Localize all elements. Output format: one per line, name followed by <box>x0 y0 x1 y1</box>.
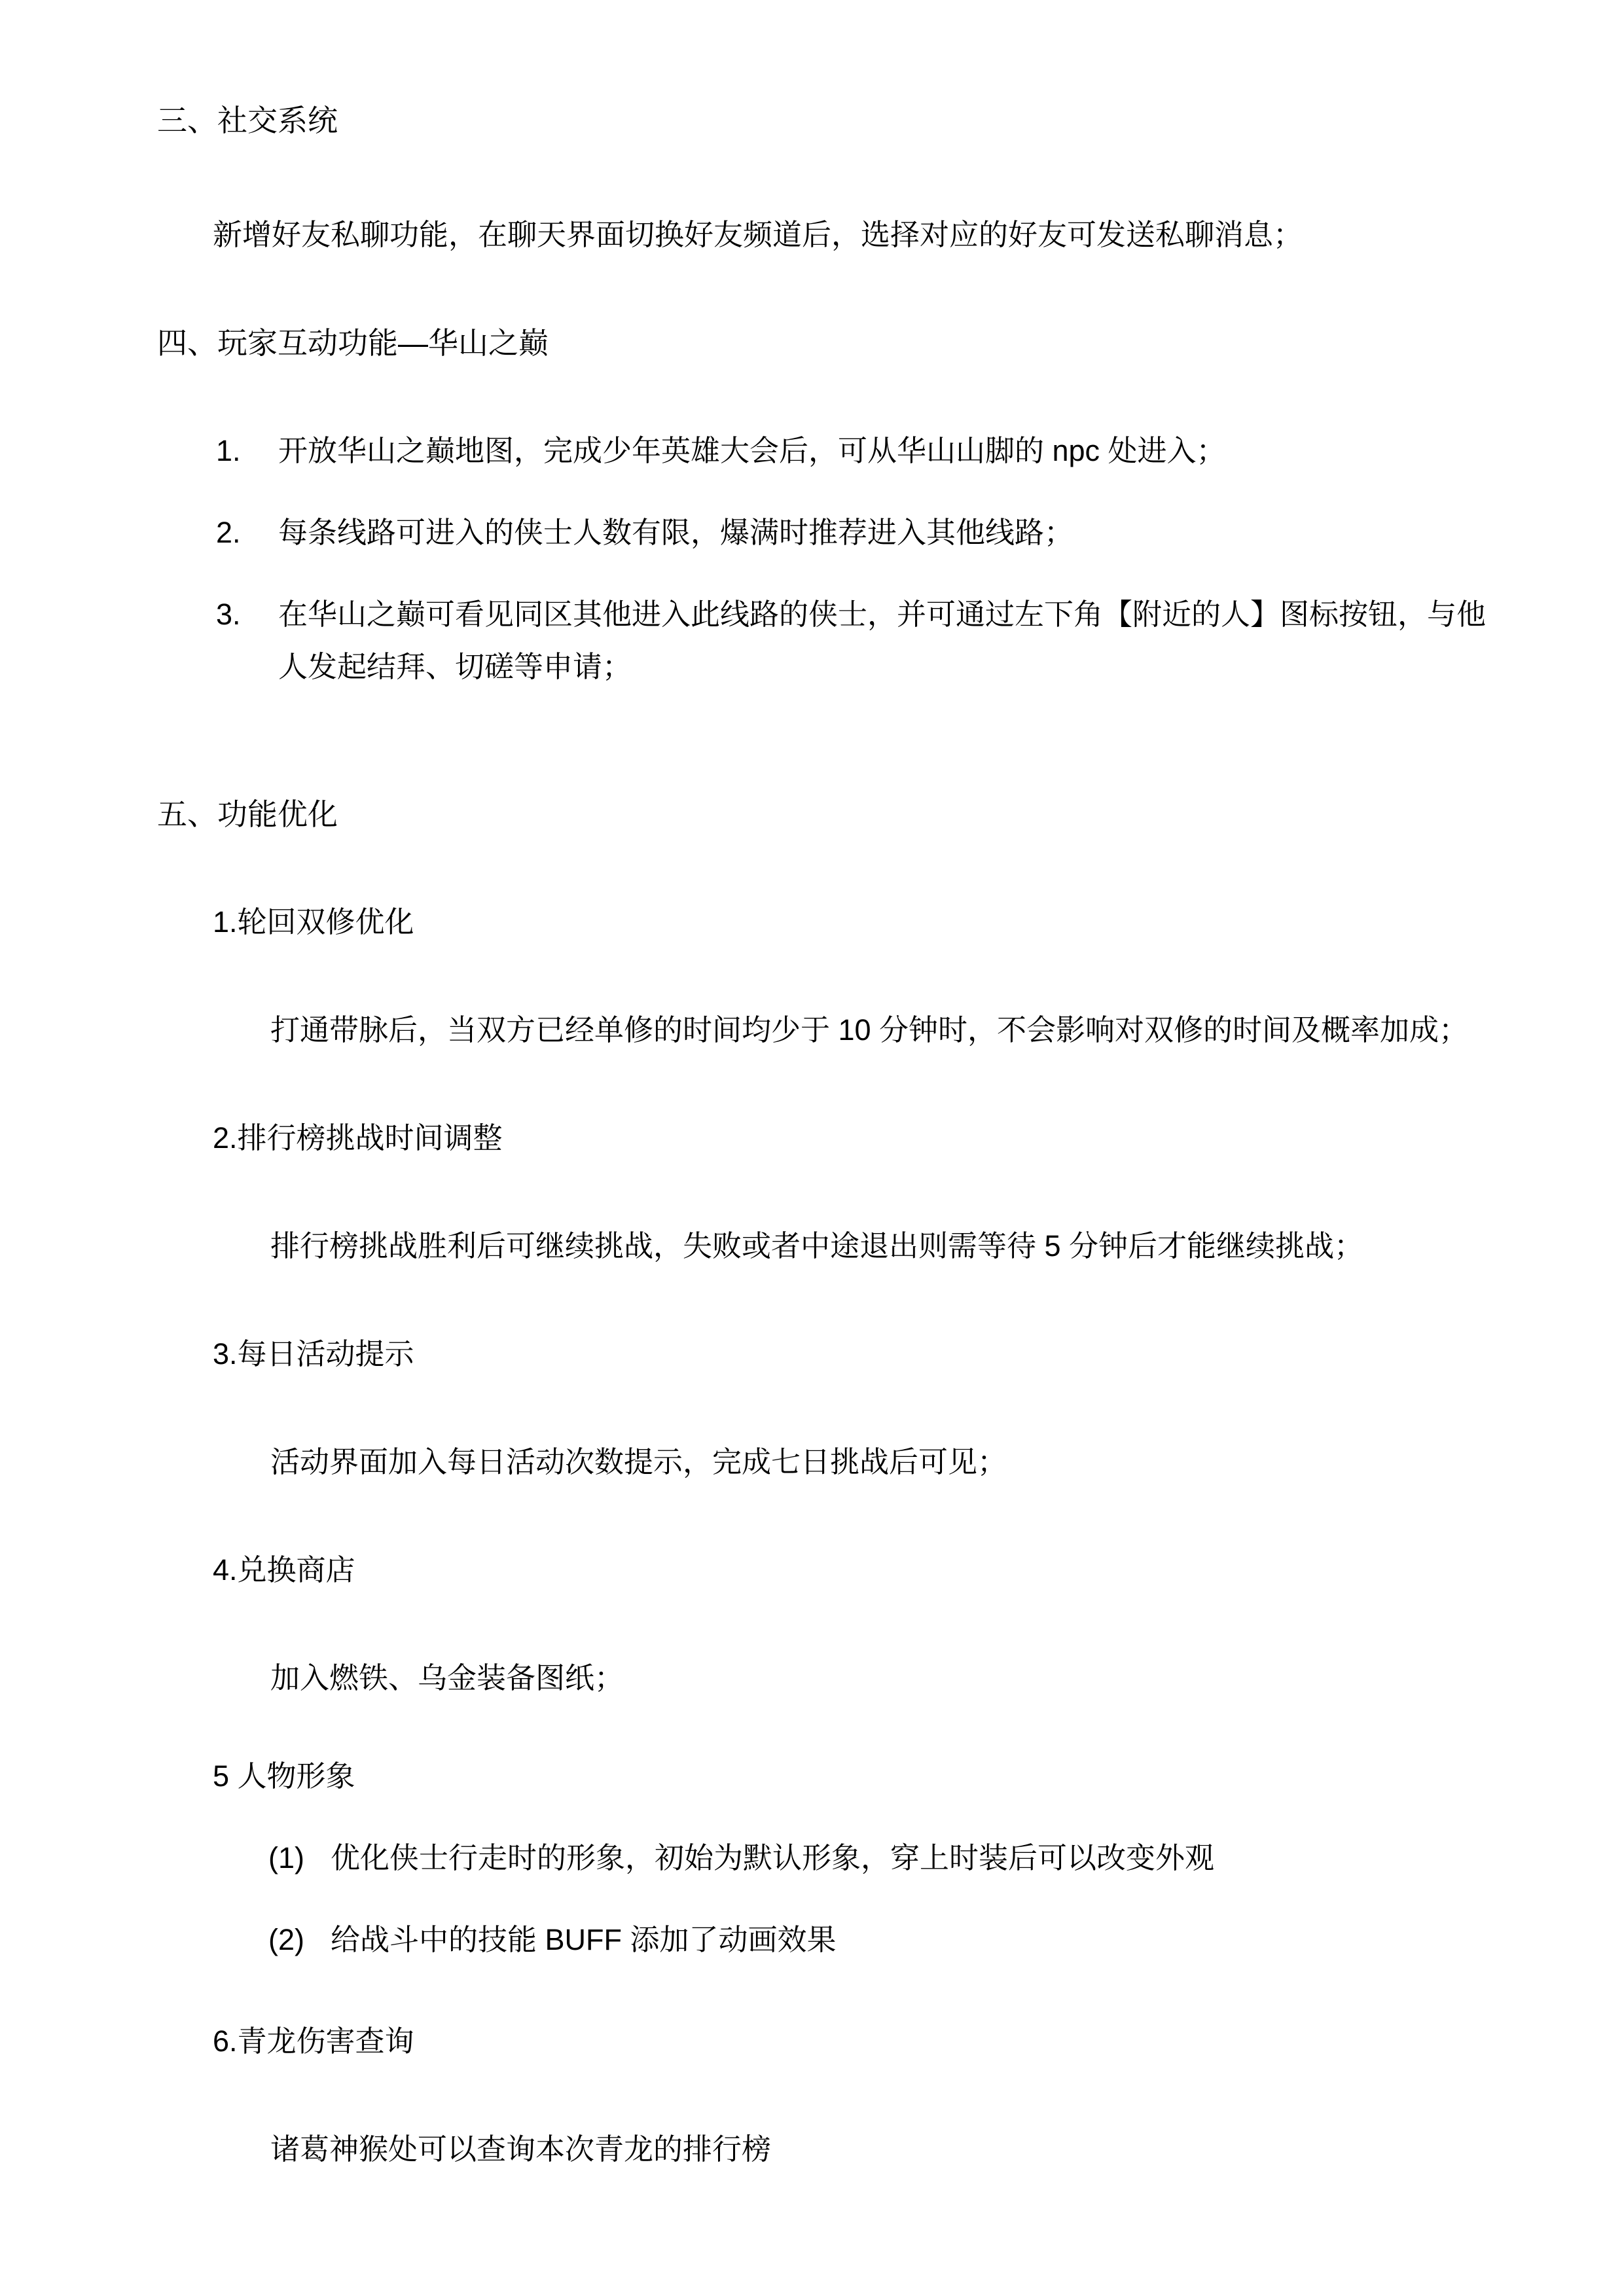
section-heading-social: 三、社交系统 <box>157 94 1466 147</box>
sub-list-item: (1) 优化侠士行走时的形象，初始为默认形象，穿上时装后可以改变外观 <box>268 1832 1499 1884</box>
subsection-heading-daily-activity: 3.每日活动提示 <box>213 1328 1456 1380</box>
paragraph-daily-activity: 活动界面加入每日活动次数提示，完成七日挑战后可见； <box>270 1436 1488 1488</box>
list-item-number: 3. <box>216 588 278 641</box>
list-item: 3. 在华山之巅可看见同区其他进入此线路的侠士，并可通过左下角【附近的人】图标按… <box>216 588 1496 693</box>
list-item-text: 在华山之巅可看见同区其他进入此线路的侠士，并可通过左下角【附近的人】图标按钮，与… <box>278 588 1496 693</box>
sub-list-item-number: (2) <box>268 1914 331 1966</box>
sub-list-item-text: 优化侠士行走时的形象，初始为默认形象，穿上时装后可以改变外观 <box>331 1832 1499 1884</box>
list-item-number: 1. <box>216 425 278 477</box>
sub-list-item-text: 给战斗中的技能 BUFF 添加了动画效果 <box>331 1914 1499 1966</box>
section-heading-optimization: 五、功能优化 <box>157 788 1466 840</box>
paragraph-social: 新增好友私聊功能，在聊天界面切换好友频道后，选择对应的好友可发送私聊消息； <box>213 209 1456 261</box>
paragraph-exchange-shop: 加入燃铁、乌金装备图纸； <box>270 1652 1488 1704</box>
section-heading-interaction: 四、玩家互动功能—华山之巅 <box>157 317 1466 369</box>
sub-list-item: (2) 给战斗中的技能 BUFF 添加了动画效果 <box>268 1914 1499 1966</box>
list-item-text: 开放华山之巅地图，完成少年英雄大会后，可从华山山脚的 npc 处进入； <box>278 425 1499 477</box>
list-item: 2. 每条线路可进入的侠士人数有限，爆满时推荐进入其他线路； <box>216 507 1499 559</box>
paragraph-qinglong-damage: 诸葛神猴处可以查询本次青龙的排行榜 <box>270 2123 1488 2176</box>
sub-list-item-number: (1) <box>268 1832 331 1884</box>
subsection-heading-exchange-shop: 4.兑换商店 <box>213 1544 1456 1596</box>
document-page: 三、社交系统 新增好友私聊功能，在聊天界面切换好友频道后，选择对应的好友可发送私… <box>0 0 1624 2296</box>
subsection-heading-character-appearance: 5 人物形象 <box>213 1750 1456 1803</box>
paragraph-ranking-time: 排行榜挑战胜利后可继续挑战，失败或者中途退出则需等待 5 分钟后才能继续挑战； <box>270 1220 1488 1272</box>
subsection-heading-dual-cultivation: 1.轮回双修优化 <box>213 896 1456 948</box>
list-item-number: 2. <box>216 507 278 559</box>
subsection-heading-ranking-time: 2.排行榜挑战时间调整 <box>213 1112 1456 1164</box>
subsection-heading-qinglong-damage: 6.青龙伤害查询 <box>213 2015 1456 2068</box>
paragraph-dual-cultivation: 打通带脉后，当双方已经单修的时间均少于 10 分钟时，不会影响对双修的时间及概率… <box>270 1004 1488 1056</box>
list-item: 1. 开放华山之巅地图，完成少年英雄大会后，可从华山山脚的 npc 处进入； <box>216 425 1499 477</box>
list-item-text: 每条线路可进入的侠士人数有限，爆满时推荐进入其他线路； <box>278 507 1499 559</box>
